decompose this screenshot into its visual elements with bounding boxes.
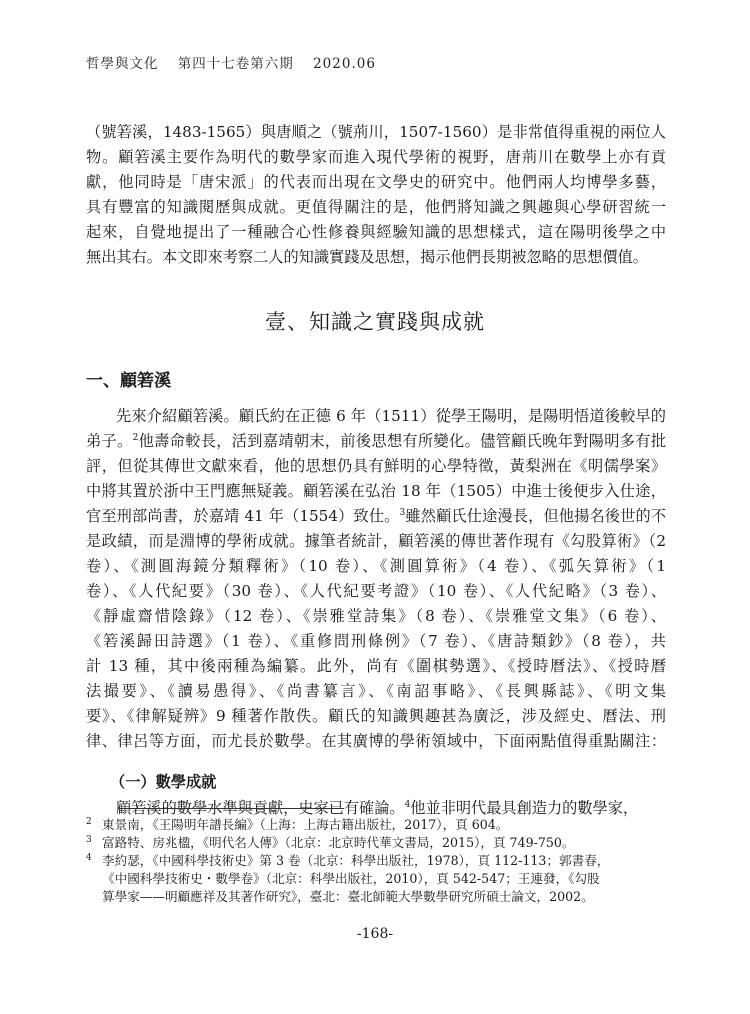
line-text: 是政績，而是淵博的學術成就。據筆者統計，顧箬溪的傳世著作現有《勾股算術》（2 [86, 532, 666, 550]
line-text: 計 13 種，其中後兩種為編纂。此外，尚有《圍棋勢選》、《授時曆法》、《授時曆 [86, 657, 666, 675]
line-text: 卷）、《人代紀要》（30 卷）、《人代紀要考證》（10 卷）、《人代紀略》（3 … [86, 582, 666, 600]
footnotes: 2 東景南，《王陽明年譜長編》（上海：上海古籍出版社，2017），頁 604。 … [86, 816, 676, 906]
line-text: 弟子。 [86, 432, 133, 450]
main-paragraph: 先來介紹顧箬溪。顧氏約在正德 6 年（1511）從學王陽明，是陽明悟道後較早的 … [86, 404, 666, 754]
text-line: 《箬溪歸田詩選》（1 卷）、《重修問刑條例》（7 卷）、《唐詩類鈔》（8 卷），… [86, 629, 666, 654]
footnote-number: 4 [86, 849, 92, 867]
footnote-3: 3 富路特、房兆楹，《明代名人傳》（北京：北京時代華文書局，2015），頁 74… [86, 834, 676, 852]
intro-paragraph: （號箬溪，1483-1565）與唐順之（號荊川，1507-1560）是非常值得重… [86, 120, 666, 270]
footnote-2: 2 東景南，《王陽明年譜長編》（上海：上海古籍出版社，2017），頁 604。 [86, 816, 676, 834]
text-line: 計 13 種，其中後兩種為編纂。此外，尚有《圍棋勢選》、《授時曆法》、《授時曆 [86, 654, 666, 679]
footnote-text: 東景南，《王陽明年譜長編》（上海：上海古籍出版社，2017），頁 604。 [102, 816, 676, 834]
line-text: 先來介紹顧箬溪。顧氏約在正德 6 年（1511）從學王陽明，是陽明悟道後較早的 [116, 407, 666, 425]
footnote-text: 李約瑟，《中國科學技術史》第 3 卷（北京：科學出版社，1978），頁 112-… [102, 852, 676, 870]
subsection-title: 一、顧箬溪 [86, 366, 171, 391]
line-text: 評，但從其傳世文獻來看，他的思想仍具有鮮明的心學特徵，黃梨洲在《明儒學案》 [86, 457, 666, 475]
line-text: 法撮要》、《讀易愚得》、《尚書纂言》、《南詔事略》、《長興縣誌》、《明文集 [86, 682, 666, 700]
subsubsection-title: （一）數學成就 [110, 771, 216, 792]
line-text: 雖然顧氏仕途漫長，但他揚名後世的不 [405, 507, 666, 525]
line-text: 《箬溪歸田詩選》（1 卷）、《重修問刑條例》（7 卷）、《唐詩類鈔》（8 卷），… [86, 632, 666, 650]
text-line: 獻，他同時是「唐宋派」的代表而出現在文學史的研究中。他們兩人均博學多藝， [86, 170, 666, 195]
footnote-divider [118, 808, 344, 809]
page-number: -168- [0, 926, 750, 942]
text-line: 律、律呂等方面，而尤長於數學。在其廣博的學術領域中，下面兩點值得重點關注： [86, 729, 666, 754]
line-text: 要》、《律解疑辨》9 種著作散佚。顧氏的知識興趣甚為廣泛，涉及經史、曆法、刑 [86, 707, 666, 725]
line-text: 中將其置於浙中王門應無疑義。顧箬溪在弘治 18 年（1505）中進士後便步入仕途… [86, 482, 666, 500]
footnote-text: 算學家——明顧應祥及其著作研究》，臺北：臺北師範大學數學研究所碩士論文，2002… [102, 888, 676, 906]
line-text: 官至刑部尚書，於嘉靖 41 年（1554）致仕。 [86, 507, 400, 525]
text-line: 先來介紹顧箬溪。顧氏約在正德 6 年（1511）從學王陽明，是陽明悟道後較早的 [86, 404, 666, 429]
line-text: 他壽命較長，活到嘉靖朝末，前後思想有所變化。儘管顧氏晚年對陽明多有批 [138, 432, 666, 450]
journal-title: 哲學與文化 [86, 56, 159, 72]
text-line: 物。顧箬溪主要作為明代的數學家而進入現代學術的視野，唐荊川在數學上亦有貢 [86, 145, 666, 170]
text-line: 弟子。2他壽命較長，活到嘉靖朝末，前後思想有所變化。儘管顧氏晚年對陽明多有批 [86, 429, 666, 454]
text-line: 評，但從其傳世文獻來看，他的思想仍具有鮮明的心學特徵，黃梨洲在《明儒學案》 [86, 454, 666, 479]
section-title: 壹、知識之實踐與成就 [0, 306, 750, 336]
text-line: 卷）、《人代紀要》（30 卷）、《人代紀要考證》（10 卷）、《人代紀略》（3 … [86, 579, 666, 604]
journal-page: 哲學與文化 第四十七卷第六期 2020.06 （號箬溪，1483-1565）與唐… [0, 0, 750, 1014]
text-line: 官至刑部尚書，於嘉靖 41 年（1554）致仕。3雖然顧氏仕途漫長，但他揚名後世… [86, 504, 666, 529]
text-line: 中將其置於浙中王門應無疑義。顧箬溪在弘治 18 年（1505）中進士後便步入仕途… [86, 479, 666, 504]
footnote-text: 富路特、房兆楹，《明代名人傳》（北京：北京時代華文書局，2015），頁 749-… [102, 834, 676, 852]
text-line: 是政績，而是淵博的學術成就。據筆者統計，顧箬溪的傳世著作現有《勾股算術》（2 [86, 529, 666, 554]
line-text: 他並非明代最具創造力的數學家， [410, 799, 638, 817]
text-line: 起來，自覺地提出了一種融合心性修養與經驗知識的思想樣式，這在陽明後學之中 [86, 220, 666, 245]
line-text: 律、律呂等方面，而尤長於數學。在其廣博的學術領域中，下面兩點值得重點關注： [86, 732, 666, 750]
footnote-4: 4 李約瑟，《中國科學技術史》第 3 卷（北京：科學出版社，1978），頁 11… [86, 852, 676, 906]
running-header: 哲學與文化 第四十七卷第六期 2020.06 [86, 52, 390, 72]
footnote-number: 2 [86, 813, 92, 831]
text-line: 無出其右。本文即來考察二人的知識實踐及思想，揭示他們長期被忽略的思想價值。 [86, 245, 666, 270]
footnote-number: 3 [86, 831, 92, 849]
text-line: 《靜虛齋惜陰錄》（12 卷）、《崇雅堂詩集》（8 卷）、《崇雅堂文集》（6 卷）… [86, 604, 666, 629]
text-line: （號箬溪，1483-1565）與唐順之（號荊川，1507-1560）是非常值得重… [86, 120, 666, 145]
journal-date: 2020.06 [313, 56, 376, 72]
line-text: 《靜虛齋惜陰錄》（12 卷）、《崇雅堂詩集》（8 卷）、《崇雅堂文集》（6 卷）… [86, 607, 666, 625]
line-text: 卷）、《測圓海鏡分類釋術》（10 卷）、《測圓算術》（4 卷）、《弧矢算術》（1 [86, 557, 666, 575]
text-line: 要》、《律解疑辨》9 種著作散佚。顧氏的知識興趣甚為廣泛，涉及經史、曆法、刑 [86, 704, 666, 729]
journal-volume: 第四十七卷第六期 [178, 56, 294, 72]
text-line: 具有豐富的知識閱歷與成就。更值得關注的是，他們將知識之興趣與心學研習統一 [86, 195, 666, 220]
footnote-text: 《中國科學技術史・數學卷》（北京：科學出版社，2010），頁 542-547；王… [102, 870, 676, 888]
text-line: 卷）、《測圓海鏡分類釋術》（10 卷）、《測圓算術》（4 卷）、《弧矢算術》（1 [86, 554, 666, 579]
text-line: 法撮要》、《讀易愚得》、《尚書纂言》、《南詔事略》、《長興縣誌》、《明文集 [86, 679, 666, 704]
